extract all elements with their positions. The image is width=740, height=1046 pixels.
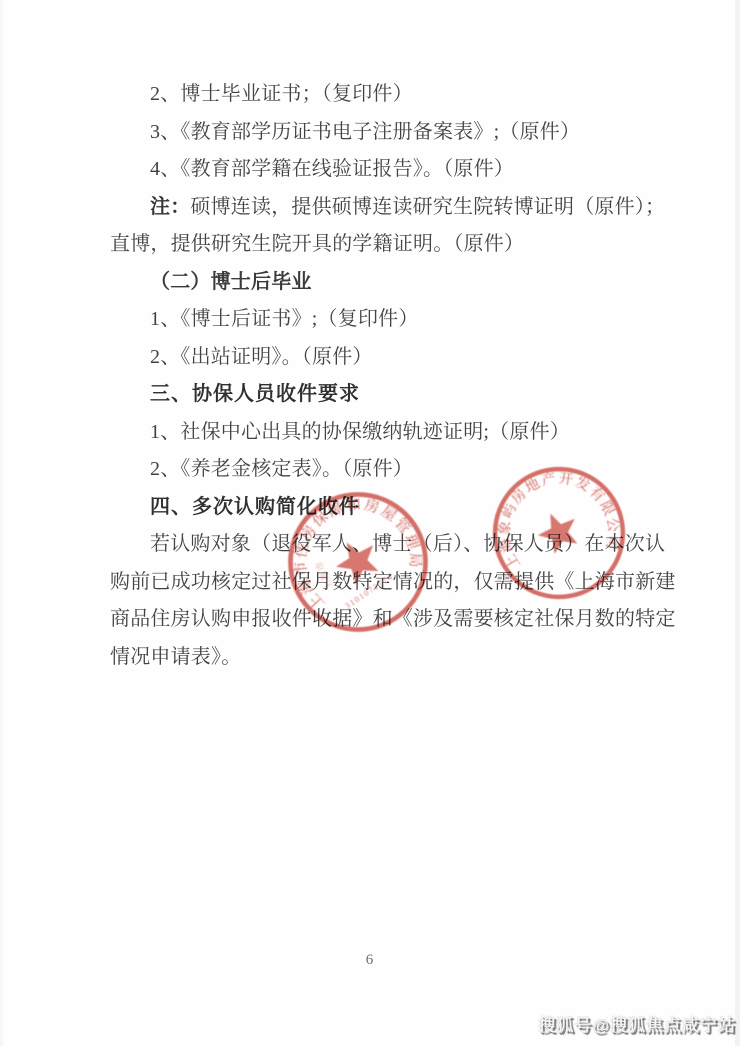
section-heading: 三、协保人员收件要求: [110, 376, 644, 414]
document-line: 1、《博士后证书》;（复印件）: [110, 301, 644, 339]
document-line: 2、《出站证明》。（原件）: [110, 339, 644, 377]
seal-arc-text: 上海象屿房地产开发有限公司: [487, 460, 625, 572]
document-line: 情况申请表》。: [110, 639, 644, 677]
document-line: 4、《教育部学籍在线验证报告》。（原件）: [110, 151, 644, 189]
document-line-note: 注：硕博连读，提供硕博连读研究生院转博证明（原件）；: [110, 189, 644, 227]
note-text: 硕博连读，提供硕博连读研究生院转博证明（原件）；: [190, 196, 665, 218]
official-seal-right: 上海象屿房地产开发有限公司: [477, 451, 642, 616]
document-subheading: （二）博士后毕业: [110, 264, 644, 302]
document-line: 1、社保中心出具的协保缴纳轨迹证明;（原件）: [110, 414, 644, 452]
note-prefix: 注：: [150, 196, 190, 218]
document-line: 3、《教育部学历证书电子注册备案表》;（原件）: [110, 114, 644, 152]
scan-edge-left: [0, 0, 3, 1046]
watermark-text: 搜狐号@搜狐焦点咸宁站: [538, 1011, 736, 1036]
star-icon: [532, 505, 585, 557]
document-line: 2、博士毕业证书；（复印件）: [110, 76, 644, 114]
scan-edge-right: [735, 0, 740, 1046]
document-line: 直博，提供研究生院开具的学籍证明。（原件）: [110, 226, 644, 264]
page-number: 6: [0, 952, 740, 969]
seal-code: 3101071774: [343, 571, 395, 611]
document-page: 2、博士毕业证书；（复印件） 3、《教育部学历证书电子注册备案表》;（原件） 4…: [0, 0, 740, 1046]
svg-text:上海象屿房地产开发有限公司: 上海象屿房地产开发有限公司: [487, 460, 625, 572]
